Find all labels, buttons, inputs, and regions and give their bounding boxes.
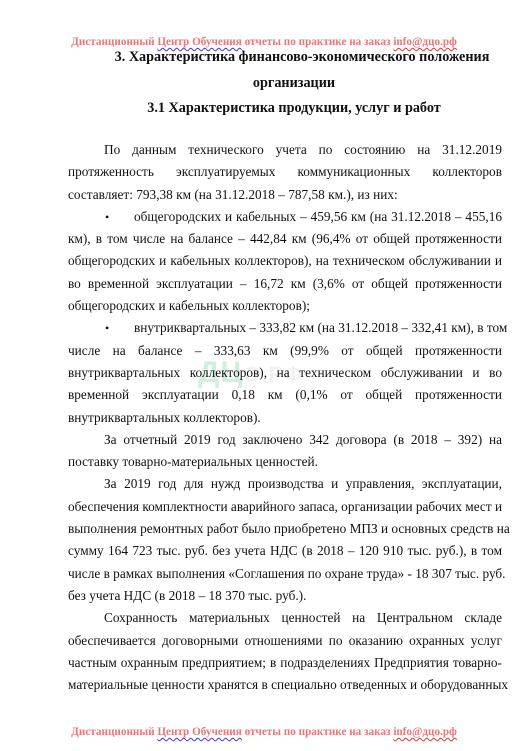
text-line: внутриквартальных коллекторов). <box>68 407 502 429</box>
text-line-content: Сохранность материальных ценностей на Це… <box>104 610 502 625</box>
bullet-list-item: •внутриквартальных – 333,82 км (на 31.12… <box>68 317 502 428</box>
text-line: Сохранность материальных ценностей на Це… <box>68 607 502 629</box>
banner-text-1: Дистанционный <box>71 36 157 48</box>
document-body: По данным технического учета по состояни… <box>68 139 502 696</box>
text-line: км), в том числе на балансе – 442,84 км … <box>68 228 502 250</box>
banner-text-3: отчеты по практике на заказ <box>242 726 394 738</box>
banner-email-link[interactable]: info@дцо.рф <box>393 726 457 738</box>
banner-email-link[interactable]: info@дцо.рф <box>393 36 457 48</box>
footer-promo-banner: Дистанционный Центр Обучения отчеты по п… <box>0 726 528 738</box>
text-line: обеспечения комплектности аварийного зап… <box>68 496 502 518</box>
text-line: За отчетный 2019 год заключено 342 догов… <box>68 429 502 451</box>
text-line-content: обеспечивается договорными отношениями п… <box>68 633 502 648</box>
text-line-content: обеспечения комплектности аварийного зап… <box>68 499 502 514</box>
text-line-content: частным охранным предприятием; в подразд… <box>68 655 502 670</box>
text-line-content: общегородских и кабельных коллекторов); <box>68 298 310 313</box>
text-line: материальные ценности хранятся в специал… <box>68 674 502 696</box>
text-line: сумму 164 723 тыс. руб. без учета НДС (в… <box>68 540 502 562</box>
text-line: без учета НДС (в 2018 – 18 370 тыс. руб.… <box>68 585 502 607</box>
text-line-content: во временной эксплуатации – 16,72 км (3,… <box>68 276 502 291</box>
paragraph: Сохранность материальных ценностей на Це… <box>68 607 502 696</box>
text-line-content: поставку товарно-материальных ценностей. <box>68 454 318 469</box>
text-line: За 2019 год для нужд производства и упра… <box>68 473 502 495</box>
banner-text-2: Центр Обучения <box>157 726 241 738</box>
text-line: обеспечивается договорными отношениями п… <box>68 630 502 652</box>
text-line-content: без учета НДС (в 2018 – 18 370 тыс. руб.… <box>68 588 306 603</box>
text-line-content: числе в рамках выполнения «Соглашения по… <box>68 566 506 581</box>
text-line-content: общегородских и кабельных – 459,56 км (н… <box>134 209 502 224</box>
section-title: 3. Характеристика финансово-экономическо… <box>68 49 528 66</box>
text-line-content: По данным технического учета по состояни… <box>104 142 502 157</box>
text-line-content: составляет: 793,38 км (на 31.12.2018 – 7… <box>68 187 398 202</box>
text-line: •внутриквартальных – 333,82 км (на 31.12… <box>68 317 502 339</box>
banner-text-3: отчеты по практике на заказ <box>242 36 394 48</box>
bullet-icon: • <box>105 206 109 228</box>
text-line-content: За отчетный 2019 год заключено 342 догов… <box>104 432 502 447</box>
paragraph: За 2019 год для нужд производства и упра… <box>68 473 502 607</box>
text-line: поставку товарно-материальных ценностей. <box>68 451 502 473</box>
text-line: •общегородских и кабельных – 459,56 км (… <box>68 206 502 228</box>
banner-text-1: Дистанционный <box>71 726 157 738</box>
bullet-list-item: •общегородских и кабельных – 459,56 км (… <box>68 206 502 317</box>
bullet-icon: • <box>105 317 109 339</box>
text-line-content: внутриквартальных коллекторов), на техни… <box>68 365 502 380</box>
paragraph: За отчетный 2019 год заключено 342 догов… <box>68 429 502 474</box>
text-line-content: км), в том числе на балансе – 442,84 км … <box>68 231 502 246</box>
text-line: По данным технического учета по состояни… <box>68 139 502 161</box>
text-line: числе на балансе – 333,63 км (99,9% от о… <box>68 340 502 362</box>
text-line-content: протяженность эксплуатируемых коммуникац… <box>68 164 502 179</box>
text-line: составляет: 793,38 км (на 31.12.2018 – 7… <box>68 184 502 206</box>
subsection-title: 3.1 Характеристика продукции, услуг и ра… <box>68 100 520 117</box>
banner-text-2: Центр Обучения <box>157 36 241 48</box>
text-line-content: За 2019 год для нужд производства и упра… <box>104 476 502 491</box>
header-promo-banner: Дистанционный Центр Обучения отчеты по п… <box>0 36 528 48</box>
text-line-content: общегородских и кабельных коллекторов), … <box>68 253 502 268</box>
section-title-continued: организации <box>68 75 520 92</box>
text-line-content: выполнения ремонтных работ было приобрет… <box>68 521 510 536</box>
text-line: во временной эксплуатации – 16,72 км (3,… <box>68 273 502 295</box>
text-line-content: временной эксплуатации 0,18 км (0,1% от … <box>68 387 502 402</box>
text-line: общегородских и кабельных коллекторов); <box>68 295 502 317</box>
text-line: выполнения ремонтных работ было приобрет… <box>68 518 502 540</box>
text-line-content: материальные ценности хранятся в специал… <box>68 677 508 692</box>
text-line: временной эксплуатации 0,18 км (0,1% от … <box>68 384 502 406</box>
text-line-content: внутриквартальных коллекторов). <box>68 410 261 425</box>
text-line-content: числе на балансе – 333,63 км (99,9% от о… <box>68 343 502 358</box>
text-line: частным охранным предприятием; в подразд… <box>68 652 502 674</box>
text-line: числе в рамках выполнения «Соглашения по… <box>68 563 502 585</box>
text-line-content: внутриквартальных – 333,82 км (на 31.12.… <box>134 320 507 335</box>
text-line: внутриквартальных коллекторов), на техни… <box>68 362 502 384</box>
text-line: протяженность эксплуатируемых коммуникац… <box>68 161 502 183</box>
text-line: общегородских и кабельных коллекторов), … <box>68 250 502 272</box>
text-line-content: сумму 164 723 тыс. руб. без учета НДС (в… <box>68 543 502 558</box>
paragraph: По данным технического учета по состояни… <box>68 139 502 206</box>
